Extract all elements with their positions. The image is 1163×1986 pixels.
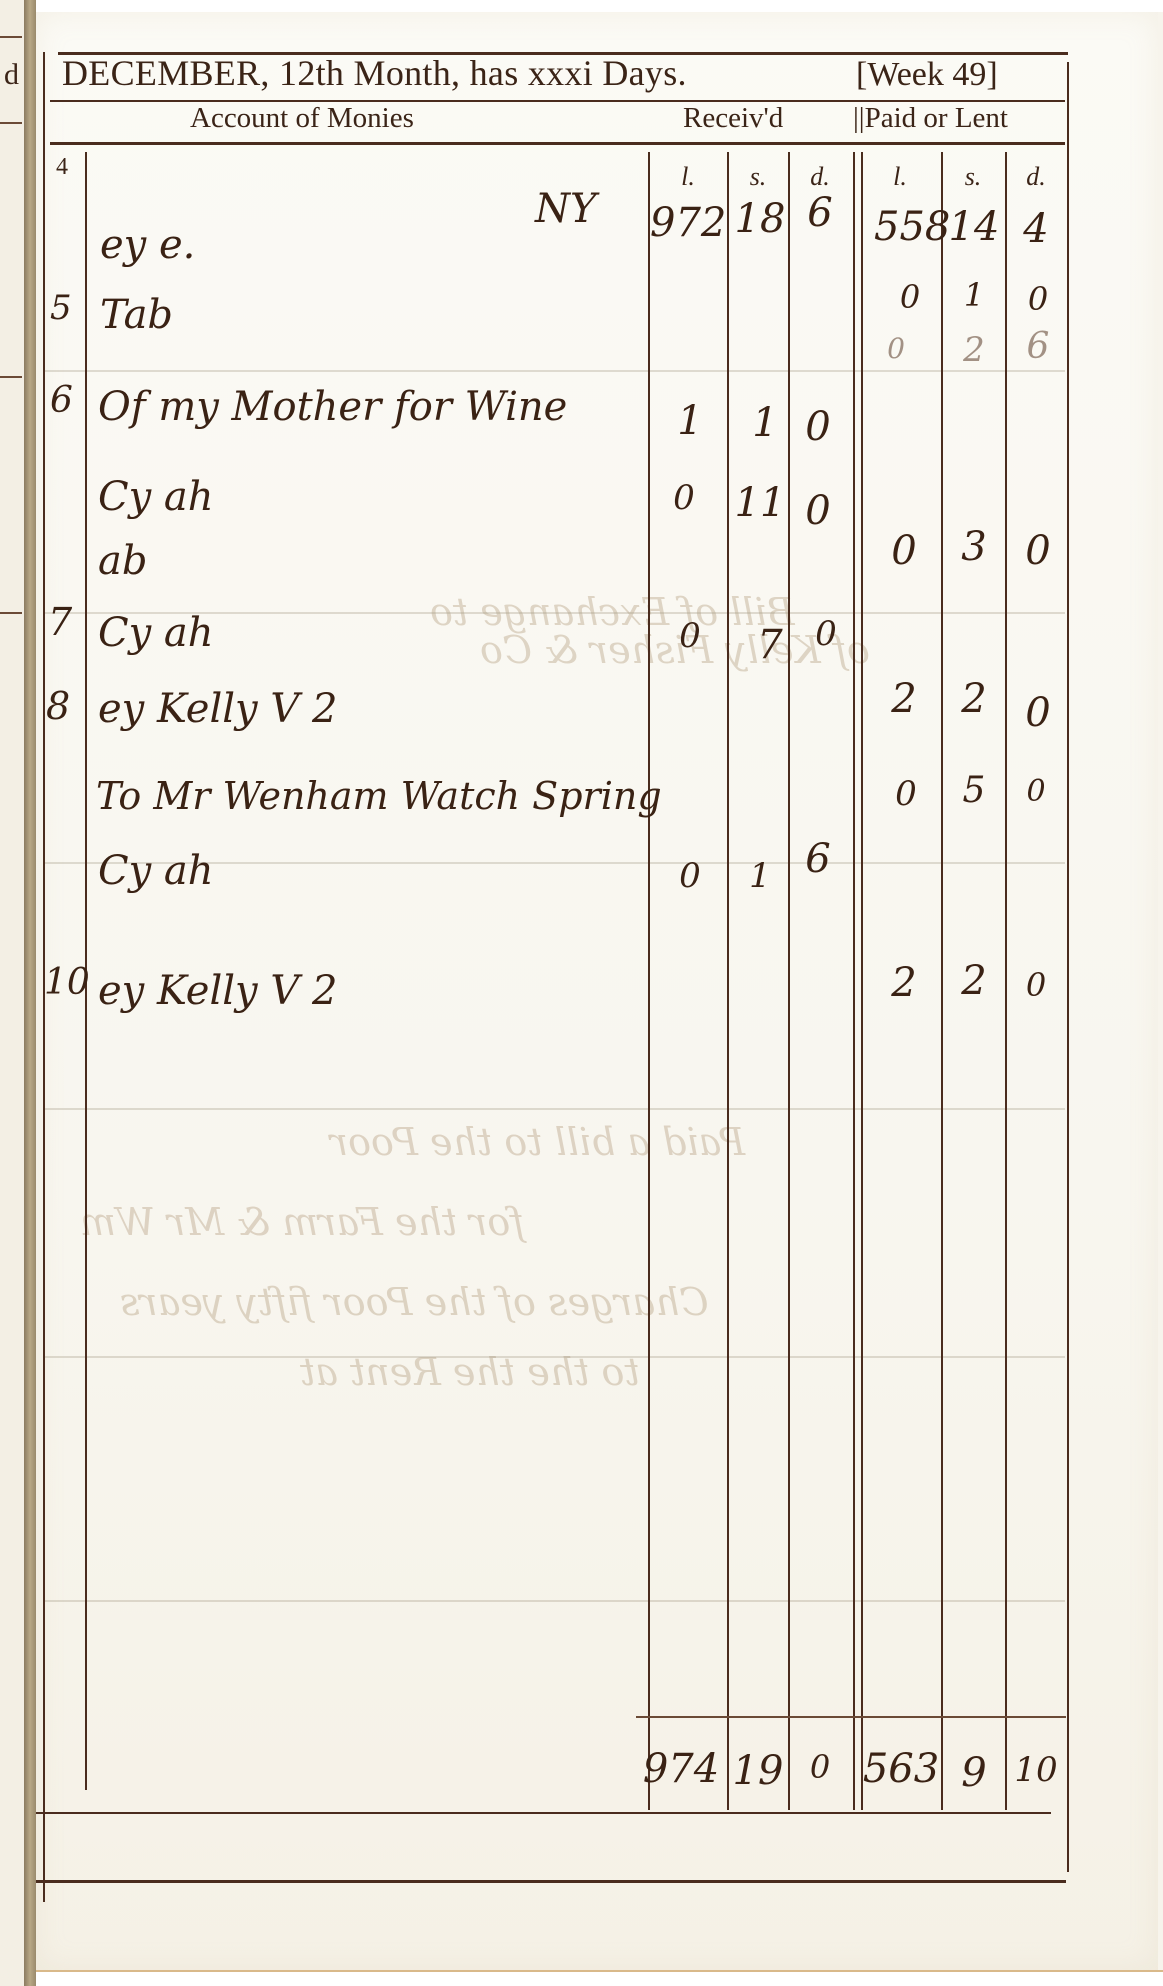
received-pence: 6: [790, 190, 850, 236]
previous-page-fragment: d: [4, 58, 19, 92]
paid-pence: 0: [1008, 528, 1068, 574]
received-l-column-rule: [648, 152, 650, 1810]
col-received-pounds: l.: [658, 162, 718, 192]
page-top-edge: [36, 0, 1163, 12]
entry-date: 6: [50, 380, 73, 421]
faint-rule: [45, 1356, 1065, 1358]
paid-shillings: 5: [944, 770, 1004, 811]
double-rule-left: [853, 152, 855, 1810]
paid-pence: 6: [1008, 326, 1068, 367]
table-bottom-rule: [36, 1812, 1051, 1814]
paid-pounds: 0: [874, 528, 934, 574]
faint-rule: [45, 1108, 1065, 1110]
entry-description: To Mr Wenham Watch Spring: [96, 774, 662, 818]
show-through-text: Charges of the Poor fifty years: [120, 1280, 709, 1324]
entry-description: Cy ah: [98, 474, 214, 520]
paid-shillings: 2: [944, 330, 1004, 370]
previous-page-edge: d: [0, 0, 26, 1986]
entry-date: 8: [46, 684, 70, 728]
col-paid-pence: d.: [1006, 162, 1066, 192]
entry-date: 5: [50, 288, 72, 328]
paid-shillings: 2: [944, 958, 1004, 1004]
paid-pence: 4: [1006, 206, 1066, 252]
show-through-text: Paid a bill to the Poor: [330, 1120, 745, 1164]
received-pounds: 0: [660, 856, 720, 896]
paid-pounds: 0: [876, 774, 936, 814]
entry-date: 7: [48, 600, 72, 644]
received-shillings: 1: [730, 856, 790, 896]
entry-description: NY: [535, 186, 596, 232]
received-pounds: 972: [650, 200, 710, 246]
received-pence: 0: [796, 614, 856, 654]
paid-shillings: 3: [944, 524, 1004, 570]
totals-rule: [636, 1716, 1066, 1718]
entry-description: ey e.: [100, 222, 195, 268]
paid-pence: 0: [1006, 774, 1066, 809]
paid-pence: 0: [1006, 966, 1066, 1004]
total-received-pence: 0: [790, 1748, 850, 1786]
received-s-column-rule: [727, 152, 729, 1810]
total-paid-shillings: 9: [944, 1750, 1004, 1796]
received-pence: 0: [788, 488, 848, 534]
received-shillings: 18: [730, 196, 790, 242]
show-through-text: for the Farm & Mr Wm: [80, 1200, 524, 1244]
entry-description: Tab: [100, 292, 173, 338]
page-bottom-edge: [36, 1970, 1163, 1986]
divider: [0, 36, 22, 38]
paid-pounds: 2: [874, 676, 934, 722]
divider: [0, 122, 22, 124]
col-paid-shillings: s.: [943, 162, 1003, 192]
total-paid-pence: 10: [1006, 1750, 1066, 1790]
header-bottom-rule: [50, 142, 1065, 145]
received-pounds: 0: [654, 478, 714, 518]
section-header: Account of Monies: [190, 102, 414, 135]
received-pounds: 1: [660, 398, 720, 444]
received-pence: 6: [788, 836, 848, 882]
divider: [0, 376, 22, 378]
faint-rule: [45, 370, 1065, 372]
entry-date: 10: [44, 962, 90, 1003]
paid-pounds: 0: [866, 332, 926, 365]
paid-shillings: 1: [944, 276, 1004, 314]
book-gutter: [24, 0, 36, 1986]
page-title: DECEMBER, 12th Month, has xxxi Days.: [62, 52, 687, 94]
divider: [0, 612, 22, 614]
received-shillings: 1: [735, 400, 795, 446]
received-header: Receiv'd: [683, 102, 783, 135]
start-date: 4: [56, 154, 68, 181]
paid-s-column-rule: [941, 152, 943, 1810]
total-paid-pounds: 563: [856, 1746, 946, 1792]
week-label: [Week 49]: [856, 56, 998, 94]
received-pence: 0: [788, 404, 848, 450]
paid-pounds: 558: [874, 204, 934, 250]
double-rule-right: [861, 152, 863, 1810]
entry-description: ey Kelly V 2: [98, 968, 337, 1014]
received-pounds: 0: [660, 616, 720, 656]
entry-description: ey Kelly V 2: [98, 686, 337, 732]
paid-pence: 0: [1008, 690, 1068, 736]
total-received-shillings: 19: [728, 1748, 788, 1794]
paid-shillings: 14: [944, 204, 1004, 250]
entry-description: Cy ah: [98, 610, 214, 656]
paid-shillings: 2: [944, 676, 1004, 722]
col-received-shillings: s.: [728, 162, 788, 192]
entry-description: Of my Mother for Wine: [98, 384, 567, 430]
entry-description: Cy ah: [98, 848, 214, 894]
col-received-pence: d.: [790, 162, 850, 192]
col-paid-pounds: l.: [870, 162, 930, 192]
total-received-pounds: 974: [636, 1746, 726, 1792]
faint-rule: [45, 1600, 1065, 1602]
received-shillings: 11: [730, 480, 790, 526]
entry-description: ab: [98, 538, 147, 584]
page-bottom-rule: [36, 1880, 1066, 1883]
paid-pence: 0: [1008, 280, 1068, 318]
paid-pounds: 2: [874, 960, 934, 1006]
received-shillings: 7: [740, 622, 800, 668]
paid-pounds: 0: [880, 278, 940, 316]
paid-header: ||Paid or Lent: [853, 102, 1008, 135]
